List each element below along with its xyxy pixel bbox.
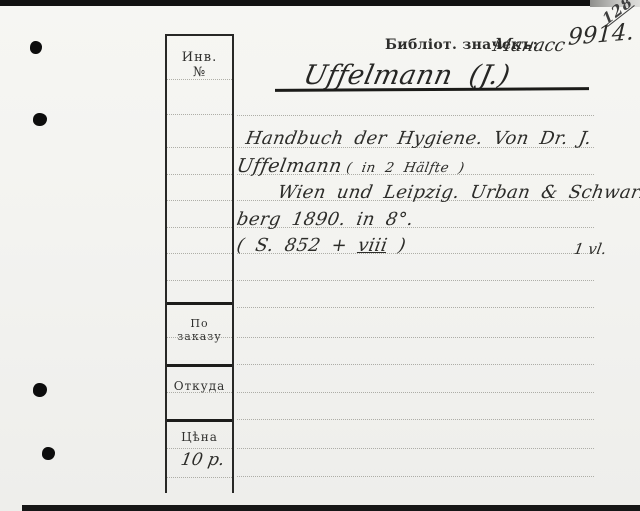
punch-hole-4 [42,447,55,460]
rule-line [237,115,594,116]
library-stamp-name: Манасс [491,35,567,56]
rule-line [167,79,232,80]
rule-line [237,448,594,449]
cell-divider-thick [167,364,232,367]
rule-line [167,280,232,281]
volume-note: 1 vl. [572,240,608,258]
title-line-2-note: ( in 2 Hälfte ) [345,160,466,176]
rule-line [237,364,594,365]
rule-line [167,337,232,338]
scan-edge-bottom [22,505,640,511]
imprint-line-1: Wien und Leipzig. Urban & Schwarzen- [276,182,640,203]
rule-line [167,392,232,393]
rule-line [237,280,594,281]
scan-edge-top [0,0,592,6]
rule-line [237,419,594,420]
price-value-handwritten: 10 р. [179,450,226,470]
rule-line [237,337,594,338]
title-line-1: Handbuch der Hygiene. Von Dr. J. [244,128,593,149]
collation-line: ( S. 852 + viii ) [235,235,407,256]
punch-hole-3 [33,383,47,397]
imprint-line-2: berg 1890. in 8°. [235,209,415,230]
rule-line [167,253,232,254]
collation-suffix: ) [385,235,407,256]
entry-heading-author: Uffelmann (J.) [301,60,513,91]
rule-line [167,448,232,449]
rule-line [167,477,232,478]
library-stamp-number: 9914. [567,19,634,51]
rule-line [167,114,232,115]
collation-roman-numeral: viii [356,235,389,256]
punch-hole-1 [30,41,42,54]
rule-line [237,392,594,393]
title-line-2: Uffelmann( in 2 Hälfte ) [235,155,467,177]
rule-line [167,147,232,148]
inventory-label: Инв. [167,50,232,65]
punch-hole-2 [33,113,47,126]
cell-divider-thick [167,419,232,422]
inventory-number-sign: № [167,65,232,80]
rule-line [167,200,232,201]
order-label: По заказу [167,317,232,343]
price-label: Цѣна [167,430,232,444]
title-line-2-author: Uffelmann [235,155,344,177]
collation-prefix: ( S. 852 + [235,235,360,256]
rule-line [167,227,232,228]
rule-line [237,476,594,477]
heading-underline [275,87,589,92]
index-column: Инв. № По заказу Откуда Цѣна 10 р. [165,34,234,493]
origin-label: Откуда [167,379,232,393]
rule-line [167,174,232,175]
catalog-card-scan: 128 Библіот. значекъ: Манасс 9914. Инв. … [0,0,640,511]
cell-divider-thick [167,302,232,305]
rule-line [237,307,594,308]
